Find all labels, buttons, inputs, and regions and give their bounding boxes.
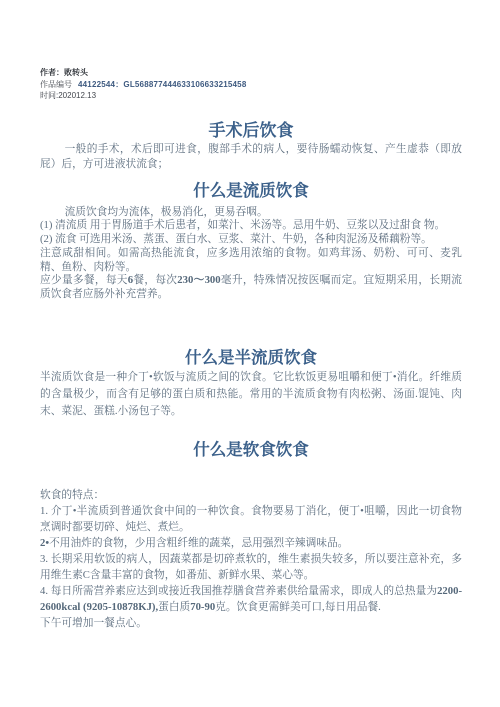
soft-item-3: 3. 长期采用软饭的病人，因蔬菜都是切碎煮软的，维生素损失较多，所以要注意补充，…	[40, 551, 462, 583]
author-label: 作者：	[40, 68, 64, 77]
soft-item-4-text: 克。饮食更需鲜美可口,每日用品餐.	[215, 601, 381, 613]
liquid-item-1: (1) 清流质 用于胃肠道手术后患者，如菜汁、米汤等。忌用牛奶、豆浆以及过甜食 …	[40, 219, 462, 233]
soft-intro: 软食的特点：	[40, 487, 462, 503]
time-line: 时间:202012.13	[40, 90, 462, 102]
advice-text: 餐，每次	[133, 274, 177, 286]
soft-item-2-text: 不用油炸的食物，少用含粗纤维的蔬菜，忌用强烈辛辣调味品。	[49, 537, 348, 549]
protein-range-value: 70-90	[190, 601, 215, 613]
advice-text: 应少量多餐，每天	[40, 274, 128, 286]
soft-item-2-number: 2•	[40, 537, 49, 549]
work-number-value: 44122544：GL568877444633106633215458	[78, 80, 246, 89]
soft-diet-section: 软食的特点： 1. 介丁•半流质到普通饮食中间的一种饮食。食物要易丁消化，便丁•…	[40, 487, 462, 631]
work-number-line: 作品编号44122544：GL568877444633106633215458	[40, 79, 462, 91]
liquid-meal-advice: 应少量多餐，每天6餐，每次230～300毫升，特殊情况按医嘱而定。宜短期采用，长…	[40, 274, 462, 302]
document-meta: 作者：败转头 作品编号44122544：GL568877444633106633…	[40, 67, 462, 102]
page-title: 手术后饮食	[40, 120, 462, 142]
author-line: 作者：败转头	[40, 67, 462, 79]
soft-item-4: 4. 每日所需营养素应达到或接近我国推荐膳食营养素供给量需求，即成人的总热量为2…	[40, 583, 462, 615]
heading-liquid-diet: 什么是流质饮食	[40, 181, 462, 202]
soft-item-1: 1. 介丁•半流质到普通饮食中间的一种饮食。食物要易丁消化，便丁•咀嚼，因此一切…	[40, 503, 462, 535]
soft-item-4-text: 蛋白质	[158, 601, 190, 613]
liquid-item-2: (2) 流食 可选用米汤、蒸蛋、蛋白水、豆浆、菜汁、牛奶，各种肉泥汤及稀藕粉等。	[40, 233, 462, 247]
liquid-intro: 流质饮食均为流体，极易消化，更易吞咽。	[40, 206, 462, 220]
serving-volume-value: 230～300	[177, 274, 220, 286]
soft-outro: 下午可增加一餐点心。	[40, 615, 462, 631]
liquid-note: 注意咸甜相间。如需高热能流食，应多选用浓缩的食物。如鸡茸汤、奶粉、可可、麦乳精、…	[40, 247, 462, 275]
liquid-diet-section: 流质饮食均为流体，极易消化，更易吞咽。 (1) 清流质 用于胃肠道手术后患者，如…	[40, 206, 462, 303]
work-number-label: 作品编号	[40, 80, 78, 89]
soft-item-4-text: 4. 每日所需营养素应达到或接近我国推荐膳食营养素供给量需求，即成人的总热量为	[40, 585, 437, 597]
soft-item-2: 2•不用油炸的食物，少用含粗纤维的蔬菜，忌用强烈辛辣调味品。	[40, 535, 462, 551]
document-page: 作者：败转头 作品编号44122544：GL568877444633106633…	[0, 0, 500, 707]
heading-soft-diet: 什么是软食饮食	[40, 440, 462, 461]
heading-semi-liquid-diet: 什么是半流质饮食	[40, 348, 462, 369]
author-value: 败转头	[64, 68, 88, 77]
semi-liquid-paragraph: 半流质饮食是一种介丁•软饭与流质之间的饮食。它比软饭更易咀嚼和便丁•消化。纤维质…	[40, 369, 462, 420]
intro-paragraph: 一般的手术，术后即可进食，腹部手术的病人，要待肠蠕动恢复、产生虚恭（即放屁）后，…	[40, 142, 462, 172]
